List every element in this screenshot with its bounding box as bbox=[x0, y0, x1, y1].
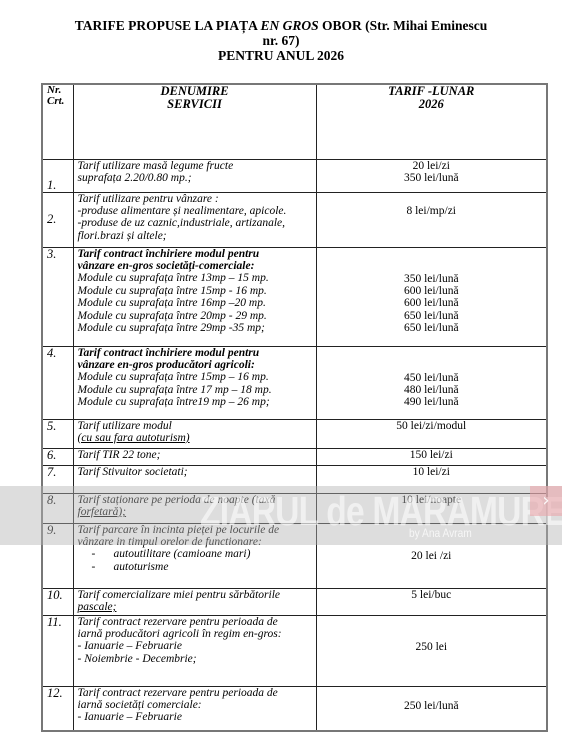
tariff-value-line: 20 lei /zi bbox=[321, 550, 543, 562]
table-row: 6.Tarif TIR 22 tone;150 lei/zi bbox=[42, 448, 547, 465]
service-description: Tarif contract închiriere modul pentruvâ… bbox=[73, 346, 316, 419]
description-line: Module cu suprafața între 29mp -35 mp; bbox=[78, 322, 312, 334]
description-line: Module cu suprafața între 15mp - 16 mp. bbox=[78, 285, 312, 297]
tariff-value-line: 600 lei/lună bbox=[321, 285, 543, 297]
description-line: Module cu suprafața între 16mp –20 mp. bbox=[78, 297, 312, 309]
description-line: pascale; bbox=[78, 601, 312, 613]
tariff-value: 150 lei/zi bbox=[316, 448, 547, 465]
description-line: Module cu suprafața între 15mp – 16 mp. bbox=[78, 371, 312, 383]
tariff-value-line: 50 lei/zi/modul bbox=[321, 420, 543, 432]
description-line: suprafața 2.20/0.80 mp.; bbox=[78, 172, 312, 184]
table-row: 12.Tarif contract rezervare pentru perio… bbox=[42, 686, 547, 731]
description-line: - Ianuarie – Februarie bbox=[78, 640, 312, 652]
tariff-value: 20 lei/zi350 lei/lună bbox=[316, 159, 547, 192]
description-line: Tarif contract rezervare pentru perioada… bbox=[78, 687, 312, 699]
row-number: 10. bbox=[42, 588, 73, 615]
description-line: vânzare in timpul orelor de functionare: bbox=[78, 536, 312, 548]
document-title: TARIFE PROPUSE LA PIAȚA EN GROS OBOR (St… bbox=[0, 18, 562, 63]
table-body: 1.Tarif utilizare masă legume fructesupr… bbox=[42, 159, 547, 731]
description-line: - Ianuarie – Februarie bbox=[78, 711, 312, 723]
tariff-value-line: 490 lei/lună bbox=[321, 396, 543, 408]
description-line: Tarif utilizare modul bbox=[78, 420, 312, 432]
tariff-value: 250 lei/lună bbox=[316, 686, 547, 731]
tariff-value-line: 450 lei/lună bbox=[321, 372, 543, 384]
service-description: Tarif contract închiriere modul pentruvâ… bbox=[73, 247, 316, 346]
description-line: iarnă societăți comerciale: bbox=[78, 699, 312, 711]
title-italic: EN GROS bbox=[261, 18, 319, 33]
row-number: 3. bbox=[42, 247, 73, 346]
header-tarif-lunar: TARIF -LUNAR 2026 bbox=[316, 84, 547, 159]
tariff-value: 50 lei/zi/modul bbox=[316, 419, 547, 448]
description-line: Tarif contract rezervare pentru perioada… bbox=[78, 616, 312, 628]
tariff-value-line: 350 lei/lună bbox=[321, 273, 543, 285]
tariff-value: 5 lei/buc bbox=[316, 588, 547, 615]
tariff-value-line: 10 lei/zi bbox=[321, 466, 543, 478]
row-number: 4. bbox=[42, 346, 73, 419]
tariff-value-line: 250 lei/lună bbox=[321, 700, 543, 712]
description-line: -produse de uz caznic,industriale, artiz… bbox=[78, 217, 312, 229]
tariff-value: 250 lei bbox=[316, 615, 547, 686]
description-heading-line: vânzare en-gros producători agricoli: bbox=[78, 359, 312, 371]
tariff-value-line: 8 lei/mp/zi bbox=[321, 205, 543, 217]
table-row: 1.Tarif utilizare masă legume fructesupr… bbox=[42, 159, 547, 192]
title-line-3: PENTRU ANUL 2026 bbox=[0, 48, 562, 63]
title-line-1: TARIFE PROPUSE LA PIAȚA EN GROS OBOR (St… bbox=[0, 18, 562, 33]
tariff-table: Nr. Crt. DENUMIRE SERVICII TARIF -LUNAR … bbox=[41, 83, 548, 732]
table-row: 10.Tarif comercializare miei pentru sărb… bbox=[42, 588, 547, 615]
description-line: Module cu suprafața între 13mp – 15 mp. bbox=[78, 272, 312, 284]
row-number: 2. bbox=[42, 192, 73, 247]
tariff-value: 450 lei/lună480 lei/lună490 lei/lună bbox=[316, 346, 547, 419]
table-row: 3.Tarif contract închiriere modul pentru… bbox=[42, 247, 547, 346]
tariff-value-line: 5 lei/buc bbox=[321, 589, 543, 601]
table-row: 11.Tarif contract rezervare pentru perio… bbox=[42, 615, 547, 686]
description-line: (cu sau fara autoturism) bbox=[78, 432, 312, 444]
description-line: iarnă producători agricoli în regim en-g… bbox=[78, 628, 312, 640]
service-description: Tarif utilizare modul(cu sau fara autotu… bbox=[73, 419, 316, 448]
service-description: Tarif utilizare pentru vânzare :-produse… bbox=[73, 192, 316, 247]
tariff-value: 8 lei/mp/zi bbox=[316, 192, 547, 247]
tariff-value-line: 650 lei/lună bbox=[321, 310, 543, 322]
table-header-row: Nr. Crt. DENUMIRE SERVICII TARIF -LUNAR … bbox=[42, 84, 547, 159]
description-heading-line: vânzare en-gros societăți-comerciale: bbox=[78, 260, 312, 272]
tariff-value-line: 20 lei/zi bbox=[321, 160, 543, 172]
description-line: Tarif comercializare miei pentru sărbăto… bbox=[78, 589, 312, 601]
tariff-value-line: 350 lei/lună bbox=[321, 172, 543, 184]
sub-item-text: autoutilitare (camioane mari) bbox=[114, 548, 251, 560]
row-number: 5. bbox=[42, 419, 73, 448]
description-line: Tarif Stivuitor societati; bbox=[78, 466, 312, 478]
service-description: Tarif contract rezervare pentru perioada… bbox=[73, 686, 316, 731]
description-line: - Noiembrie - Decembrie; bbox=[78, 653, 312, 665]
sub-item-text: autoturisme bbox=[114, 561, 169, 573]
row-number: 1. bbox=[42, 159, 73, 192]
description-line: Module cu suprafața între 17 mp – 18 mp. bbox=[78, 384, 312, 396]
row-number: 6. bbox=[42, 448, 73, 465]
bullet-dash: - bbox=[92, 548, 114, 560]
row-number: 11. bbox=[42, 615, 73, 686]
watermark-byline: by Ana Avram bbox=[409, 526, 472, 540]
bullet-dash: - bbox=[92, 561, 114, 573]
tariff-value-line: 650 lei/lună bbox=[321, 322, 543, 334]
table-row: 4.Tarif contract închiriere modul pentru… bbox=[42, 346, 547, 419]
tariff-value-line: 600 lei/lună bbox=[321, 297, 543, 309]
service-description: Tarif TIR 22 tone; bbox=[73, 448, 316, 465]
table-row: 5.Tarif utilizare modul(cu sau fara auto… bbox=[42, 419, 547, 448]
description-sub-item: -autoturisme bbox=[78, 561, 312, 573]
tariff-value-line: 480 lei/lună bbox=[321, 384, 543, 396]
tariff-value-line: 150 lei/zi bbox=[321, 449, 543, 461]
description-line: -produse alimentare și nealimentare, api… bbox=[78, 205, 312, 217]
row-number: 7. bbox=[42, 465, 73, 493]
title-line-2: nr. 67) bbox=[0, 33, 562, 48]
service-description: Tarif comercializare miei pentru sărbăto… bbox=[73, 588, 316, 615]
description-line: Module cu suprafața între 20mp - 29 mp. bbox=[78, 310, 312, 322]
row-number: 9. bbox=[42, 523, 73, 588]
description-line: flori.brazi și altele; bbox=[78, 230, 312, 242]
tariff-value-line: 250 lei bbox=[321, 641, 543, 653]
service-description: Tarif utilizare masă legume fructesupraf… bbox=[73, 159, 316, 192]
description-heading-line: Tarif contract închiriere modul pentru bbox=[78, 347, 312, 359]
description-heading-line: Tarif contract închiriere modul pentru bbox=[78, 248, 312, 260]
row-number: 12. bbox=[42, 686, 73, 731]
description-line: Tarif utilizare pentru vânzare : bbox=[78, 193, 312, 205]
service-description: Tarif contract rezervare pentru perioada… bbox=[73, 615, 316, 686]
description-line: Tarif TIR 22 tone; bbox=[78, 449, 312, 461]
table-row: 2.Tarif utilizare pentru vânzare :-produ… bbox=[42, 192, 547, 247]
header-denumire-servicii: DENUMIRE SERVICII bbox=[73, 84, 316, 159]
description-sub-item: -autoutilitare (camioane mari) bbox=[78, 548, 312, 560]
description-line: Tarif utilizare masă legume fructe bbox=[78, 160, 312, 172]
row-number: 8. bbox=[42, 493, 73, 523]
header-nr-crt: Nr. Crt. bbox=[42, 84, 73, 159]
arrow-right-icon[interactable]: › bbox=[530, 486, 562, 516]
description-line: Module cu suprafața între19 mp – 26 mp; bbox=[78, 396, 312, 408]
tariff-value: 350 lei/lună600 lei/lună600 lei/lună650 … bbox=[316, 247, 547, 346]
